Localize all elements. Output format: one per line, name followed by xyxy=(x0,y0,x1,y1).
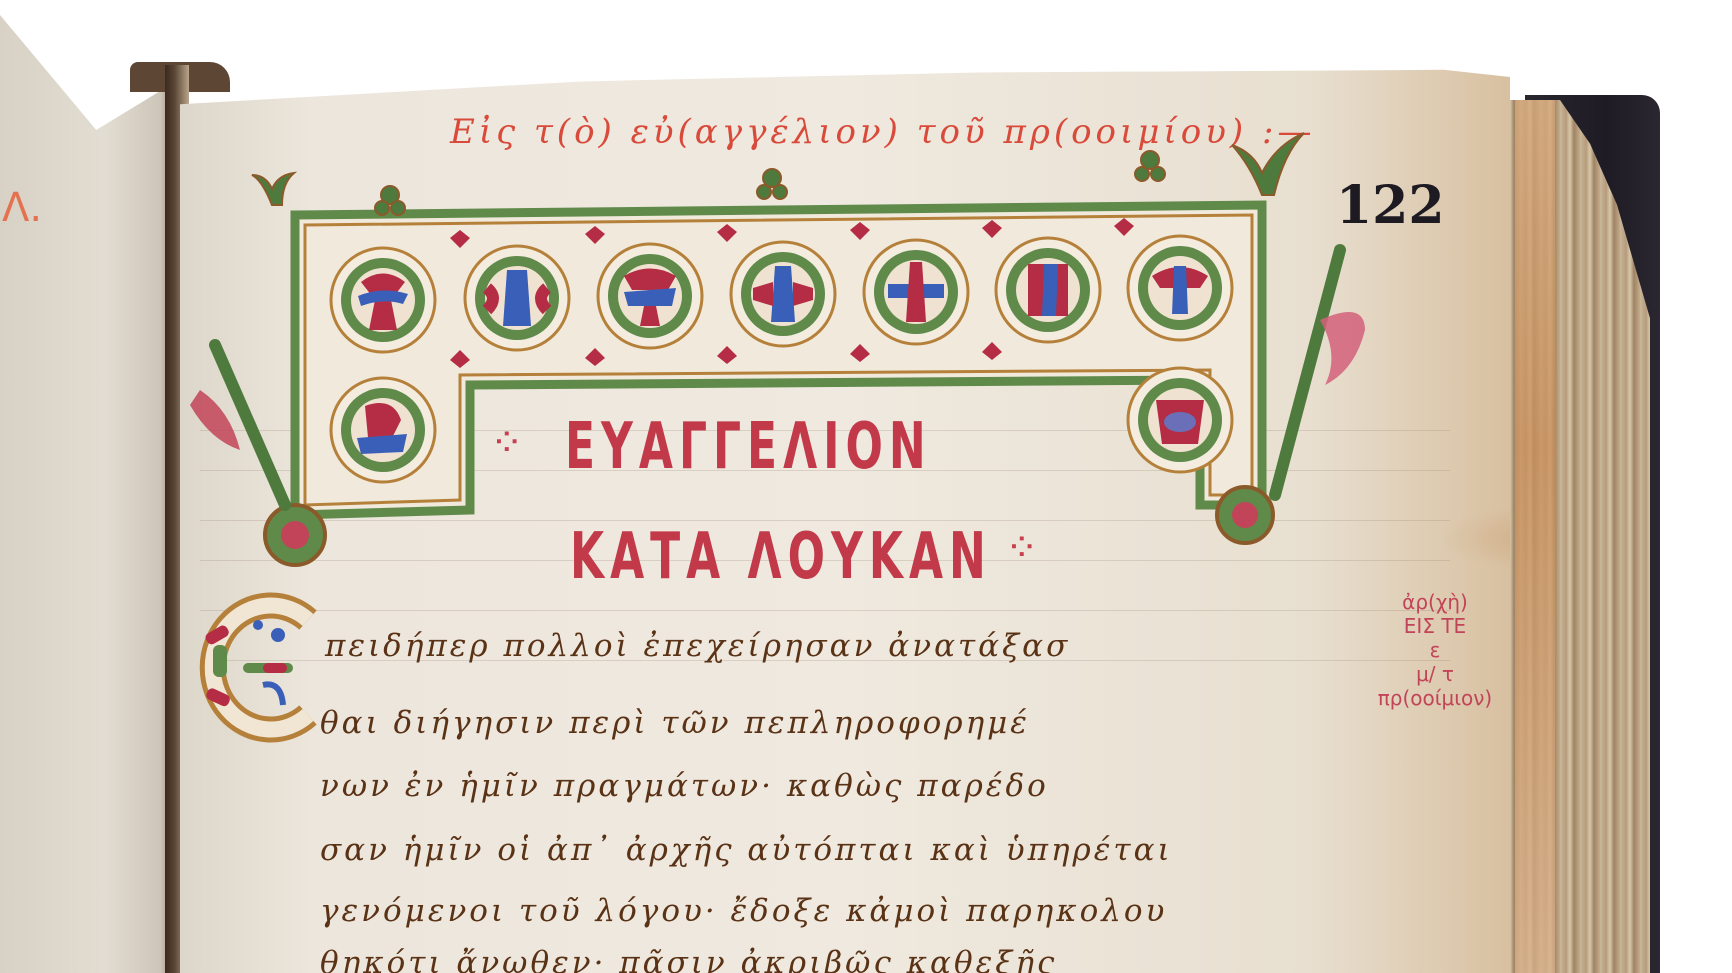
title-line-2: ΚΑΤΑ ΛΟΥΚΑΝ xyxy=(570,520,992,594)
body-text-line: σαν ἡμῖν οἱ ἀπ᾽ ἀρχῆς αὐτόπται καὶ ὑπηρέ… xyxy=(320,832,1173,868)
manuscript-photo: Λ. Εἰς τ(ὸ) εὐ(αγγέλιον) τοῦ πρ(οοιμίου)… xyxy=(0,0,1732,973)
ruling-line xyxy=(200,610,1450,611)
body-text-line: θηκότι ἄνωθεν· πᾶσιν ἀκριβῶς καθεξῆς xyxy=(320,945,1057,973)
body-text-line: γενόμενοι τοῦ λόγου· ἔδοξε κἀμοὶ παρηκολ… xyxy=(320,893,1167,929)
title-line-1: ΕΥΑΓΓΕΛΙΟΝ xyxy=(565,410,932,484)
left-page-margin-mark: Λ. xyxy=(2,185,42,231)
top-rubric: Εἰς τ(ὸ) εὐ(αγγέλιον) τοῦ πρ(οοιμίου) :— xyxy=(450,112,1315,152)
title-ornament-right: ⁘ xyxy=(1005,525,1039,571)
margin-note-line: πρ(οοίμιον) xyxy=(1375,686,1495,710)
page-edge-stain xyxy=(1515,100,1555,973)
body-text-line: πειδήπερ πολλοὶ ἐπεχείρησαν ἀνατάξασ xyxy=(325,628,1070,664)
margin-note: ἀρ(χὴ) ΕΙΣ ΤΕ ε μ/ τ πρ(οοίμιον) xyxy=(1375,590,1495,710)
left-page xyxy=(0,15,175,973)
margin-note-line: ε xyxy=(1375,638,1495,662)
margin-note-line: ἀρ(χὴ) xyxy=(1375,590,1495,614)
margin-note-line: ΕΙΣ ΤΕ xyxy=(1375,614,1495,638)
folio-number: 122 xyxy=(1336,175,1445,236)
title-ornament-left: ⁘ xyxy=(490,420,524,466)
margin-note-line: μ/ τ xyxy=(1375,662,1495,686)
body-text-line: νων ἐν ἡμῖν πραγμάτων· καθὼς παρέδο xyxy=(320,768,1049,804)
body-text-line: θαι διήγησιν περὶ τῶν πεπληροφορημέ xyxy=(320,705,1030,741)
